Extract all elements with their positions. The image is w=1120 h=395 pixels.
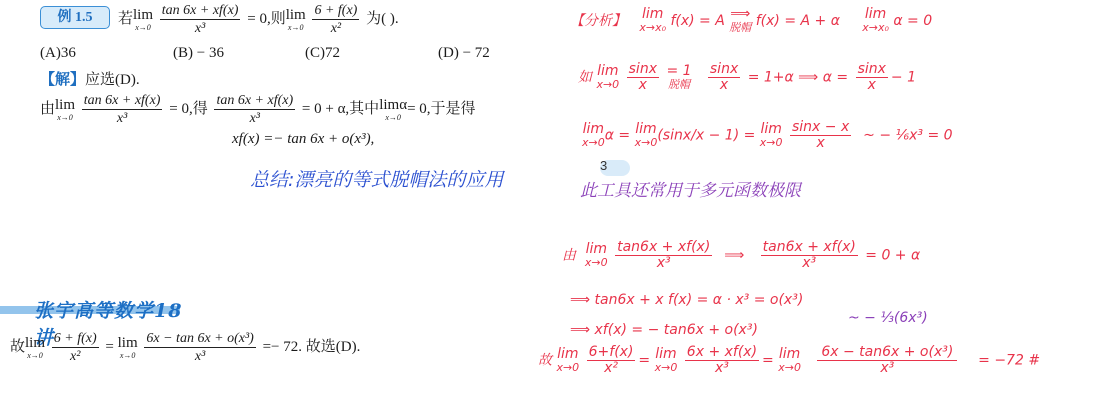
condition-fraction: tan 6x + xf(x)x³ — [82, 92, 163, 127]
red-analysis-line3: limx→0α = limx→0(sinx/x − 1) = limx→0 si… — [582, 120, 953, 151]
red-analysis-line1: 【分析】 limx→x₀ f(x) = A ⟹脱帽 f(x) = A + α l… — [570, 8, 932, 34]
final-fraction: 6x − tan 6x + o(x³)x³ — [144, 330, 255, 365]
red-body-line3: ⟹ xf(x) = − tan6x + o(x³) — [570, 322, 758, 338]
solution-line2: xf(x) =− tan 6x + o(x³), — [232, 131, 374, 148]
red-body-line2: ⟹ tan6x + x f(x) = α · x³ = o(x³) — [570, 292, 803, 308]
option-d: (D) − 72 — [438, 45, 490, 62]
condition-eq: = 0,则 — [247, 11, 285, 27]
red-analysis-line2: 如 limx→0 sinxx = 1脱帽 sinxx = 1+α ⟹ α = s… — [578, 62, 916, 93]
target-fraction: 6 + f(x)x² — [312, 2, 359, 37]
purple-equivalence: ~ − ⅓(6x³) — [848, 310, 928, 326]
book-logo: 张宇高等数学18讲 — [0, 296, 185, 322]
option-b: (B) − 36 — [173, 45, 224, 62]
purple-note: 此工具还常用于多元函数极限 — [580, 176, 801, 201]
page-number: 3 — [600, 158, 607, 173]
lim-operator: limx→0 — [55, 97, 75, 122]
condition-fraction: tan 6x + xf(x)x³ — [160, 2, 241, 37]
solution-line1: 由limx→0 tan 6x + xf(x)x³ = 0,得 tan 6x + … — [40, 92, 476, 127]
solution-label: 【解】 — [40, 72, 85, 88]
blue-summary-note: 总结:漂亮的等式脱帽法的应用 — [250, 165, 503, 192]
red-body-line1: 由 limx→0 tan6x + xf(x)x³ ⟹ tan6x + xf(x)… — [562, 240, 920, 271]
example-badge: 例 1.5 — [40, 6, 110, 29]
lim-alpha: limαx→0 — [379, 97, 407, 122]
red-body-line4: 故 limx→0 6+f(x)x²= limx→0 6x + xf(x)x³= … — [538, 345, 1040, 376]
question-prefix: 若 — [118, 11, 133, 27]
option-c: (C)72 — [305, 45, 340, 62]
question-suffix: 为( ). — [366, 11, 399, 27]
question-line: 若limx→0 tan 6x + xf(x)x³ = 0,则limx→0 6 +… — [118, 2, 399, 37]
target-fraction: 6 + f(x)x² — [52, 330, 99, 365]
final-line: 故limx→0 6 + f(x)x² = limx→0 6x − tan 6x … — [10, 330, 360, 365]
lim-operator: limx→0 — [133, 7, 153, 32]
solution-answer: 应选(D). — [85, 72, 140, 88]
solution-header: 【解】应选(D). — [40, 68, 140, 89]
lim-operator: limx→0 — [118, 335, 138, 360]
lim-operator: limx→0 — [286, 7, 306, 32]
condition-fraction: tan 6x + xf(x)x³ — [214, 92, 295, 127]
option-a: (A)36 — [40, 45, 76, 62]
lim-operator: limx→0 — [25, 335, 45, 360]
